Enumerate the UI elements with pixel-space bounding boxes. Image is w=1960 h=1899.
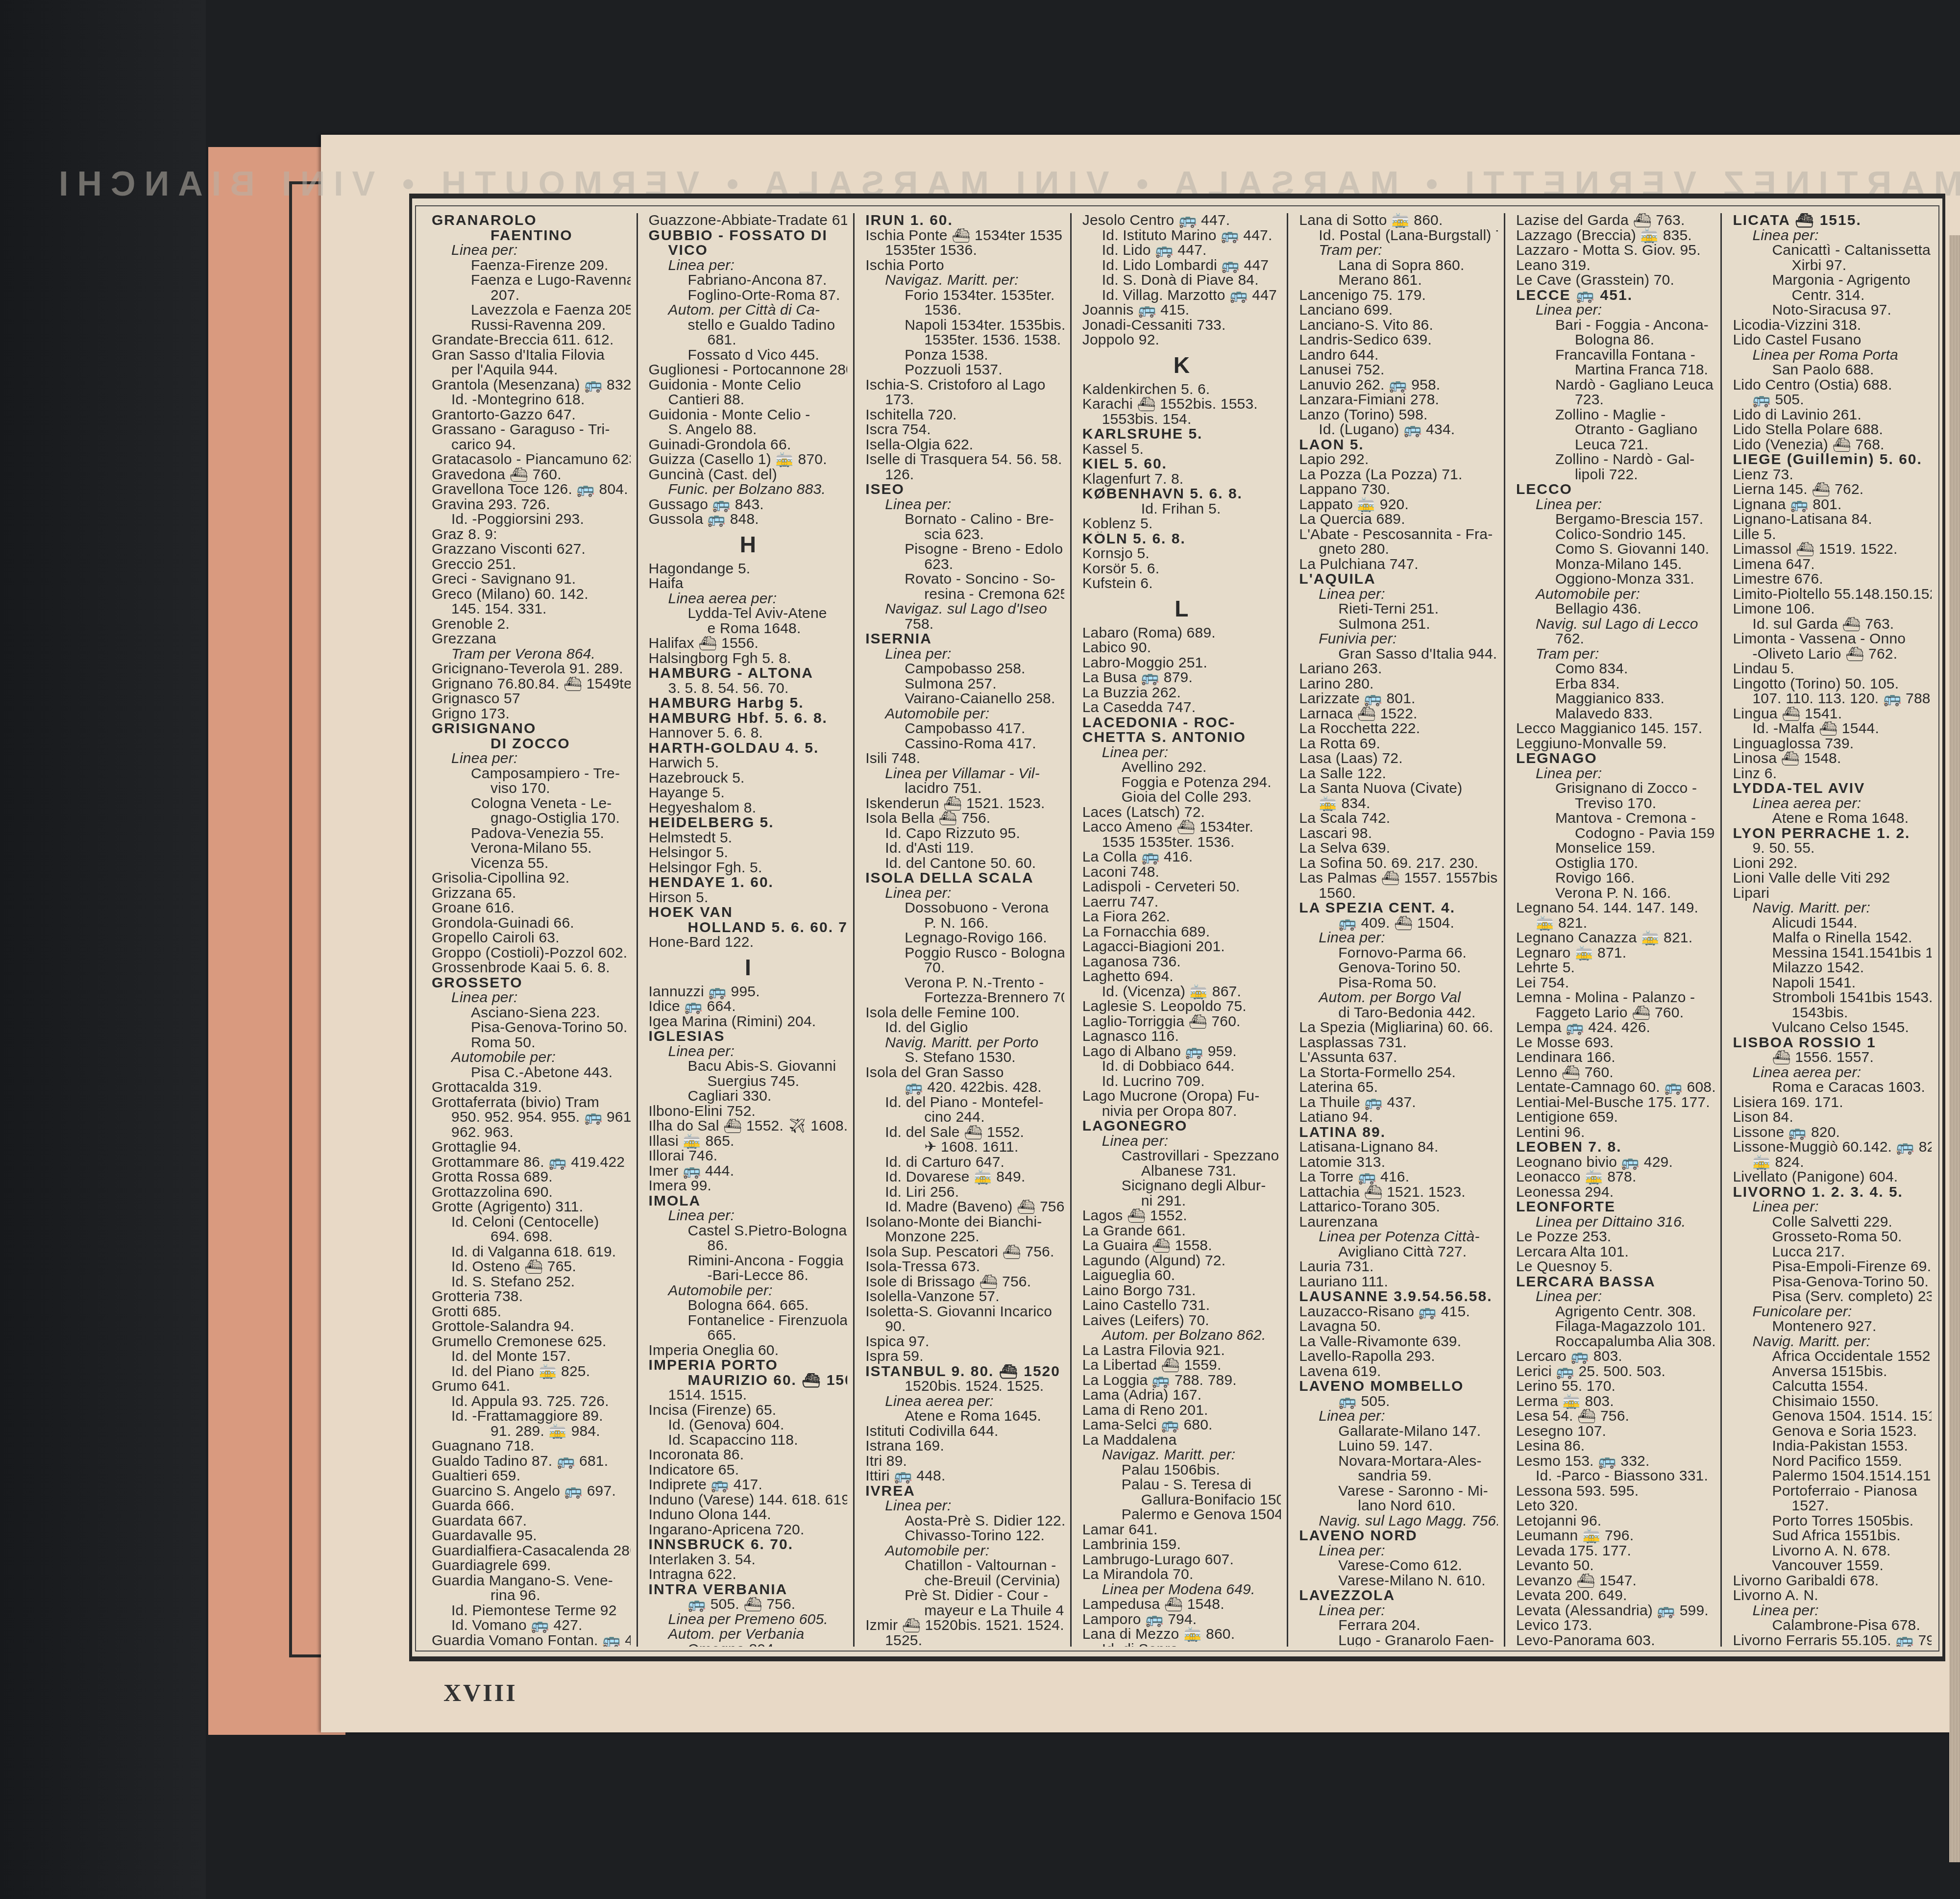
index-entry: Chatillon - Valtournan - <box>865 1558 1064 1574</box>
index-entry: Linea per: <box>865 497 1064 513</box>
index-entry: La Grande 661. <box>1082 1224 1281 1239</box>
index-entry: Las Palmas ⛴ 1557. 1557bis. <box>1299 871 1498 886</box>
index-entry: Id. Madre (Baveno) ⛴ 756 <box>865 1200 1064 1215</box>
index-entry: La Rocchetta 222. <box>1299 721 1498 737</box>
index-entry: Grotti 685. <box>432 1305 631 1320</box>
index-entry: Grandate-Breccia 611. 612. <box>432 333 631 348</box>
index-entry: Lemna - Molina - Palanzo - <box>1516 990 1715 1006</box>
index-entry: Mantova - Cremona - <box>1516 811 1715 826</box>
index-entry: 107. 110. 113. 120. 🚌 788. <box>1733 691 1932 707</box>
index-entry: Lendinara 166. <box>1516 1050 1715 1065</box>
index-entry: Id. del Sale ⛴ 1552. <box>865 1125 1064 1140</box>
index-entry: Guizza (Casello 1) 🚋 870. <box>649 452 848 468</box>
index-entry: Linea aerea per: <box>1733 796 1932 812</box>
index-entry: Laigueglia 60. <box>1082 1268 1281 1283</box>
index-heading: FAENTINO <box>432 228 631 244</box>
index-entry: Bologna 664. 665. <box>649 1298 848 1313</box>
index-entry: Indicatore 65. <box>649 1463 848 1478</box>
index-entry: gneto 280. <box>1299 542 1498 557</box>
index-entry: Id. Villag. Marzotto 🚌 447 <box>1082 288 1281 303</box>
index-entry: Guncinà (Cast. del) <box>649 468 848 483</box>
index-entry: Korsör 5. 6. <box>1082 562 1281 577</box>
page-stack-edges <box>1949 235 1960 1862</box>
index-entry: Colle Salvetti 229. <box>1733 1215 1932 1230</box>
index-entry: Nardò - Gagliano Leuca <box>1516 378 1715 393</box>
index-entry: P. N. 166. <box>865 916 1064 931</box>
index-heading: LYDDA-TEL AVIV <box>1733 781 1932 796</box>
index-entry: Gussago 🚌 843. <box>649 497 848 513</box>
index-heading: LICATA ⛴ 1515. <box>1733 213 1932 228</box>
index-entry: Iscra 754. <box>865 422 1064 438</box>
index-entry: Groane 616. <box>432 901 631 916</box>
index-entry: 758. <box>865 617 1064 632</box>
index-entry: Russi-Ravenna 209. <box>432 318 631 333</box>
index-entry: Id. -Parco - Biassono 331. <box>1516 1469 1715 1484</box>
index-entry: Monzone 225. <box>865 1230 1064 1245</box>
index-heading: GRANAROLO <box>432 213 631 228</box>
index-heading: KÖLN 5. 6. 8. <box>1082 532 1281 547</box>
index-entry: Indiprete 🚌 417. <box>649 1478 848 1493</box>
index-entry: Navig. sul Lago Magg. 756. <box>1299 1514 1498 1529</box>
index-entry: La Sofina 50. 69. 217. 230. <box>1299 856 1498 871</box>
index-entry: 145. 154. 331. <box>432 602 631 617</box>
index-entry: 86. <box>649 1238 848 1254</box>
index-entry: Leano 319. <box>1516 258 1715 273</box>
index-entry: Bornato - Calino - Bre- <box>865 512 1064 527</box>
index-entry: Id. Postal (Lana-Burgstall) 72 <box>1299 228 1498 244</box>
index-entry: Gioia del Colle 293. <box>1082 790 1281 805</box>
index-entry: Ispra 59. <box>865 1349 1064 1364</box>
index-entry: Rovigo 166. <box>1516 871 1715 886</box>
index-entry: Id. Lido 🚌 447. <box>1082 243 1281 258</box>
index-entry: Lioni 292. <box>1733 856 1932 871</box>
index-entry: lipoli 722. <box>1516 468 1715 483</box>
index-entry: Linea per: <box>1516 1289 1715 1305</box>
index-entry: Isola del Gran Sasso <box>865 1065 1064 1081</box>
index-entry: Guardia Mangano-S. Vene- <box>432 1574 631 1589</box>
index-entry: Linea per: <box>1516 303 1715 318</box>
index-entry: Id. Istituto Marino 🚌 447. <box>1082 228 1281 244</box>
index-entry: Labro-Moggio 251. <box>1082 656 1281 671</box>
index-entry: Lugo - Granarolo Faen- <box>1299 1633 1498 1647</box>
index-entry: Linea aerea per: <box>1733 1065 1932 1081</box>
index-columns: GRANAROLOFAENTINOLinea per:Faenza-Firenz… <box>421 213 1937 1647</box>
index-entry: India-Pakistan 1553. <box>1733 1439 1932 1454</box>
index-entry: Lago di Albano 🚌 959. <box>1082 1044 1281 1060</box>
index-entry: Incisa (Firenze) 65. <box>649 1403 848 1418</box>
index-entry: Lanusei 752. <box>1299 363 1498 378</box>
index-entry: Lappano 730. <box>1299 482 1498 497</box>
index-entry: Legnano Canazza 🚋 821. <box>1516 931 1715 946</box>
index-entry: Kassel 5. <box>1082 442 1281 457</box>
index-entry: Itri 89. <box>865 1454 1064 1469</box>
index-entry: Gualdo Tadino 87. 🚌 681. <box>432 1454 631 1469</box>
index-entry: Grumello Cremonese 625. <box>432 1334 631 1350</box>
index-entry: Bergamo-Brescia 157. <box>1516 512 1715 527</box>
index-entry: Grossenbrode Kaai 5. 6. 8. <box>432 961 631 976</box>
index-entry: 1535ter 1536. <box>865 243 1064 258</box>
index-heading: ISTANBUL 9. 80. ⛴ 1520 <box>865 1364 1064 1380</box>
index-entry: Id. Liri 256. <box>865 1185 1064 1200</box>
index-entry: Greco (Milano) 60. 142. <box>432 587 631 602</box>
index-entry: Guidonia - Monte Celio - <box>649 408 848 423</box>
index-entry: Id. d'Asti 119. <box>865 841 1064 856</box>
index-entry: Linguaglossa 739. <box>1733 737 1932 752</box>
index-entry: Rovato - Soncino - So- <box>865 572 1064 587</box>
index-entry: Lariano 263. <box>1299 662 1498 677</box>
index-entry: Atene e Roma 1645. <box>865 1409 1064 1424</box>
index-heading: IRUN 1. 60. <box>865 213 1064 228</box>
index-entry: Lercara Alta 101. <box>1516 1245 1715 1260</box>
index-entry: Id. sul Garda ⛴ 763. <box>1733 617 1932 632</box>
index-entry: Lentiai-Mel-Busche 175. 177. <box>1516 1095 1715 1110</box>
index-entry: Legnano 54. 144. 147. 149. <box>1516 901 1715 916</box>
index-entry: gnago-Ostiglia 170. <box>432 811 631 826</box>
index-entry: Roccapalumba Alia 308. <box>1516 1334 1715 1350</box>
index-entry: Lancenigo 75. 179. <box>1299 288 1498 303</box>
index-entry: Gallura-Bonifacio 1506 <box>1082 1493 1281 1508</box>
index-entry: Lesina 86. <box>1516 1439 1715 1454</box>
index-entry: Pisa-Roma 50. <box>1299 976 1498 991</box>
index-entry: Lido Centro (Ostia) 688. <box>1733 378 1932 393</box>
index-entry: Ischia Porto <box>865 258 1064 273</box>
index-column-4: Jesolo Centro 🚌 447.Id. Istituto Marino … <box>1072 213 1289 1647</box>
index-entry: Ferrara 204. <box>1299 1618 1498 1633</box>
index-entry: Agrigento Centr. 308. <box>1516 1305 1715 1320</box>
index-entry: Stromboli 1541bis 1543. <box>1733 990 1932 1006</box>
index-entry: Guarcino S. Angelo 🚌 697. <box>432 1484 631 1499</box>
index-entry: 91. 289. 🚋 984. <box>432 1424 631 1439</box>
index-entry: Roma e Caracas 1603. <box>1733 1080 1932 1095</box>
index-entry: La Thuile 🚌 437. <box>1299 1095 1498 1110</box>
index-entry: Lierna 145. ⛴ 762. <box>1733 482 1932 497</box>
index-entry: Malavedo 833. <box>1516 707 1715 722</box>
index-entry: Lido di Lavinio 261. <box>1733 408 1932 423</box>
index-entry: Pisa-Empoli-Firenze 69. <box>1733 1259 1932 1275</box>
index-entry: Isoletta-S. Giovanni Incarico <box>865 1305 1064 1320</box>
index-entry: Gussola 🚌 848. <box>649 512 848 527</box>
index-entry: rina 96. <box>432 1588 631 1603</box>
index-entry: Joppolo 92. <box>1082 333 1281 348</box>
index-heading: GUBBIO - FOSSATO DI <box>649 228 848 244</box>
index-entry: Lauzacco-Risano 🚌 415. <box>1299 1305 1498 1320</box>
index-entry: Lana di Sopra 860. <box>1299 258 1498 273</box>
index-entry: Lessona 593. 595. <box>1516 1484 1715 1499</box>
index-entry: Alicudi 1544. <box>1733 916 1932 931</box>
index-entry: Guagnano 718. <box>432 1439 631 1454</box>
index-heading: KIEL 5. 60. <box>1082 457 1281 472</box>
index-entry: Id. del Piano 🚋 825. <box>432 1364 631 1380</box>
index-entry: Id. Piemontese Terme 92 <box>432 1603 631 1619</box>
index-entry: Lascari 98. <box>1299 826 1498 841</box>
index-heading: ISOLA DELLA SCALA <box>865 871 1064 886</box>
index-entry: Laconi 748. <box>1082 865 1281 880</box>
index-entry: Treviso 170. <box>1516 796 1715 812</box>
index-entry: Gran Sasso d'Italia Filovia <box>432 348 631 363</box>
index-entry: Suergius 745. <box>649 1074 848 1089</box>
index-entry: Grizzana 65. <box>432 886 631 901</box>
index-entry: Grantola (Mesenzana) 🚌 832. <box>432 378 631 393</box>
index-entry: Como S. Giovanni 140. <box>1516 542 1715 557</box>
index-entry: Halifax ⛴ 1556. <box>649 636 848 651</box>
index-entry: Guardata 667. <box>432 1514 631 1529</box>
index-entry: Kaldenkirchen 5. 6. <box>1082 382 1281 397</box>
index-entry: Legnago-Rovigo 166. <box>865 931 1064 946</box>
index-entry: Illasi 🚋 865. <box>649 1134 848 1149</box>
index-heading: LAUSANNE 3.9.54.56.58. <box>1299 1289 1498 1305</box>
index-entry: Poggio Rusco - Bologna <box>865 946 1064 961</box>
index-entry: Palermo e Genova 1504 <box>1082 1507 1281 1523</box>
index-entry: Lauriano 111. <box>1299 1275 1498 1290</box>
index-entry: Landris-Sedico 639. <box>1299 333 1498 348</box>
index-entry: Foggia e Potenza 294. <box>1082 775 1281 790</box>
index-entry: Id. del Monte 157. <box>432 1349 631 1364</box>
index-entry: Isolella-Vanzone 57. <box>865 1289 1064 1305</box>
index-entry: Faenza e Lugo-Ravenna <box>432 273 631 288</box>
index-entry: Lindau 5. <box>1733 662 1932 677</box>
index-entry: Navig. sul Lago di Lecco <box>1516 617 1715 632</box>
index-entry: Greccio 251. <box>432 557 631 572</box>
index-entry: Id. Celoni (Centocelle) <box>432 1215 631 1230</box>
index-entry: Labaro (Roma) 689. <box>1082 626 1281 641</box>
index-entry: Levanto 50. <box>1516 1558 1715 1574</box>
index-entry: Linea per Villamar - Vil- <box>865 766 1064 782</box>
index-entry: Linea per: <box>649 258 848 273</box>
index-entry: Id. di Valganna 618. 619. <box>432 1245 631 1260</box>
index-entry: Linea per Premeno 605. <box>649 1612 848 1628</box>
index-entry: lacidro 751. <box>865 781 1064 796</box>
index-entry: Lasa (Laas) 72. <box>1299 751 1498 766</box>
index-entry: Ischia Ponte ⛴ 1534ter 1535 <box>865 228 1064 244</box>
index-entry: La Busa 🚌 879. <box>1082 670 1281 686</box>
index-heading: L'AQUILA <box>1299 572 1498 587</box>
index-entry: Ilha do Sal ⛴ 1552. ✈ 1608.1611 <box>649 1119 848 1134</box>
index-entry: Cologna Veneta - Le- <box>432 796 631 812</box>
index-entry: 762. <box>1516 632 1715 647</box>
index-entry: Igea Marina (Rimini) 204. <box>649 1014 848 1030</box>
section-letter: H <box>649 527 848 562</box>
index-entry: Verona P. N. 166. <box>1516 886 1715 901</box>
index-entry: Rieti-Terni 251. <box>1299 602 1498 617</box>
index-entry: lano Nord 610. <box>1299 1499 1498 1514</box>
index-entry: Ischia-S. Cristoforo al Lago <box>865 378 1064 393</box>
index-entry: Levo-Panorama 603. <box>1516 1633 1715 1647</box>
index-heading: LA SPEZIA CENT. 4. <box>1299 901 1498 916</box>
index-entry: Kufstein 6. <box>1082 576 1281 592</box>
index-entry: Linea per: <box>1733 1603 1932 1619</box>
index-entry: Centr. 314. <box>1733 288 1932 303</box>
index-entry: La Valle-Rivamonte 639. <box>1299 1334 1498 1350</box>
index-entry: 1543bis. <box>1733 1006 1932 1021</box>
index-heading: LATINA 89. <box>1299 1125 1498 1140</box>
index-entry: Messina 1541.1541bis 1544 <box>1733 946 1932 961</box>
index-heading: HAMBURG Harbg 5. <box>649 696 848 711</box>
index-entry: Anversa 1515bis. <box>1733 1364 1932 1380</box>
index-entry: mayeur e La Thuile 437 <box>865 1603 1064 1619</box>
index-entry: Cassino-Roma 417. <box>865 737 1064 752</box>
index-entry: Lille 5. <box>1733 527 1932 543</box>
index-column-5: Lana di Sotto 🚋 860.Id. Postal (Lana-Bur… <box>1288 213 1505 1647</box>
index-entry: Laganosa 736. <box>1082 955 1281 970</box>
index-entry: Leognano bivio 🚌 429. <box>1516 1155 1715 1170</box>
index-entry: La Maddalena <box>1082 1433 1281 1448</box>
index-entry: Linea per: <box>865 647 1064 662</box>
index-heading: LEOBEN 7. 8. <box>1516 1140 1715 1155</box>
index-entry: Navigaz. Maritt. per: <box>865 273 1064 288</box>
index-entry: Levada 175. 177. <box>1516 1544 1715 1559</box>
index-entry: L'Abate - Pescosannita - Fra- <box>1299 527 1498 543</box>
index-entry: Maggianico 833. <box>1516 691 1715 707</box>
index-entry: 207. <box>432 288 631 303</box>
index-entry: 1535 1535ter. 1536. <box>1082 835 1281 850</box>
index-entry: Limone 106. <box>1733 602 1932 617</box>
index-entry: Istituti Codivilla 644. <box>865 1424 1064 1439</box>
index-entry: 🚌 409. ⛴ 1504. <box>1299 916 1498 931</box>
index-entry: Harwich 5. <box>649 756 848 771</box>
index-entry: Lazzaro - Motta S. Giov. 95. <box>1516 243 1715 258</box>
index-entry: Lagacci-Biagioni 201. <box>1082 939 1281 955</box>
index-entry: Id. (Lugano) 🚌 434. <box>1299 422 1498 438</box>
index-entry: che-Breuil (Cervinia) 439 <box>865 1574 1064 1589</box>
index-entry: Leuca 721. <box>1516 438 1715 453</box>
index-heading: VICO <box>649 243 848 258</box>
index-heading: LERCARA BASSA <box>1516 1275 1715 1290</box>
index-entry: Linosa ⛴ 1548. <box>1733 751 1932 766</box>
index-entry: Filaga-Magazzolo 101. <box>1516 1319 1715 1334</box>
index-entry: Codogno - Pavia 159. <box>1516 826 1715 841</box>
index-entry: Id. di Dobbiaco 644. <box>1082 1059 1281 1074</box>
index-entry: Lercaro 🚌 803. <box>1516 1349 1715 1364</box>
index-entry: Leonacco 🚋 878. <box>1516 1170 1715 1185</box>
index-entry: Tram per Verona 864. <box>432 647 631 662</box>
index-entry: Lipari <box>1733 886 1932 901</box>
index-entry: Gropello Cairoli 63. <box>432 931 631 946</box>
index-entry: 1560. <box>1299 886 1498 901</box>
index-entry: Lison 84. <box>1733 1110 1932 1125</box>
index-entry: 1535ter. 1536. 1538. <box>865 333 1064 348</box>
index-entry: Asciano-Siena 223. <box>432 1006 631 1021</box>
index-entry: Linea per: <box>1299 931 1498 946</box>
index-entry: Grazzano Visconti 627. <box>432 542 631 557</box>
index-entry: di Taro-Bedonia 442. <box>1299 1006 1498 1021</box>
index-entry: Linea per Dittaino 316. <box>1516 1215 1715 1230</box>
index-entry: Linea per: <box>649 1208 848 1224</box>
index-entry: Lagundo (Algund) 72. <box>1082 1254 1281 1269</box>
index-entry: Lago Mucrone (Oropa) Fu- <box>1082 1089 1281 1104</box>
index-entry: Limestre 676. <box>1733 572 1932 587</box>
index-entry: Chisimaio 1550. <box>1733 1394 1932 1409</box>
index-entry: Grignano 76.80.84. ⛴ 1549ter <box>432 677 631 692</box>
index-entry: Calcutta 1554. <box>1733 1379 1932 1394</box>
index-entry: Grotteria 738. <box>432 1289 631 1305</box>
index-entry: Funicolare per: <box>1733 1305 1932 1320</box>
index-entry: 1536. <box>865 303 1064 318</box>
index-entry: Monselice 159. <box>1516 841 1715 856</box>
index-entry: La Storta-Formello 254. <box>1299 1065 1498 1081</box>
index-entry: Leonessa 294. <box>1516 1185 1715 1200</box>
index-entry: Induno (Varese) 144. 618. 619. <box>649 1493 848 1508</box>
index-entry: Larnaca ⛴ 1522. <box>1299 707 1498 722</box>
index-entry: Isola Bella ⛴ 756. <box>865 811 1064 826</box>
index-entry: Laglesie S. Leopoldo 75. <box>1082 999 1281 1014</box>
index-entry: Ostiglia 170. <box>1516 856 1715 871</box>
index-entry: Novara-Mortara-Ales- <box>1299 1454 1498 1469</box>
index-entry: Kornsjo 5. <box>1082 546 1281 562</box>
index-entry: Le Quesnoy 5. <box>1516 1259 1715 1275</box>
index-entry: Lama (Adria) 167. <box>1082 1388 1281 1403</box>
index-entry: Linea per: <box>1082 1134 1281 1149</box>
index-entry: Canicattì - Caltanissetta <box>1733 243 1932 258</box>
index-entry: Ischitella 720. <box>865 408 1064 423</box>
index-entry: carico 94. <box>432 438 631 453</box>
index-entry: Grottaglie 94. <box>432 1140 631 1155</box>
index-entry: Gravina 293. 726. <box>432 497 631 513</box>
index-entry: 70. <box>865 961 1064 976</box>
index-entry: nivia per Oropa 807. <box>1082 1104 1281 1119</box>
index-entry: Prè St. Didier - Cour - <box>865 1588 1064 1603</box>
index-heading: LAVEZZOLA <box>1299 1588 1498 1603</box>
index-entry: Camposampiero - Tre- <box>432 766 631 782</box>
index-entry: Lapio 292. <box>1299 452 1498 468</box>
index-heading: IGLESIAS <box>649 1029 848 1044</box>
index-entry: Grignasco 57 <box>432 691 631 707</box>
index-entry: Lauria 731. <box>1299 1259 1498 1275</box>
index-entry: Navig. Maritt. per: <box>1733 1334 1932 1350</box>
index-entry: Grigno 173. <box>432 707 631 722</box>
index-entry: Como 834. <box>1516 662 1715 677</box>
index-entry: Cagliari 330. <box>649 1089 848 1104</box>
index-entry: Verona-Milano 55. <box>432 841 631 856</box>
index-heading: ISERNIA <box>865 632 1064 647</box>
index-column-3: IRUN 1. 60.Ischia Ponte ⛴ 1534ter 153515… <box>855 213 1072 1647</box>
index-entry: Lempa 🚌 424. 426. <box>1516 1020 1715 1036</box>
index-entry: Linea per: <box>432 243 631 258</box>
index-entry: Gricignano-Teverola 91. 289. <box>432 662 631 677</box>
index-entry: Limonta - Vassena - Onno <box>1733 632 1932 647</box>
index-entry: Lignana 🚌 801. <box>1733 497 1932 513</box>
index-entry: 9. 50. 55. <box>1733 841 1932 856</box>
index-entry: Xirbi 97. <box>1733 258 1932 273</box>
index-entry: Ispica 97. <box>865 1334 1064 1350</box>
index-entry: Lanciano-S. Vito 86. <box>1299 318 1498 333</box>
index-entry: Linea per: <box>1516 497 1715 513</box>
index-entry: Sicignano degli Albur- <box>1082 1179 1281 1194</box>
index-column-1: GRANAROLOFAENTINOLinea per:Faenza-Firenz… <box>421 213 638 1647</box>
index-entry: Fornovo-Parma 66. <box>1299 946 1498 961</box>
index-entry: Grassano - Garaguso - Tri- <box>432 422 631 438</box>
index-entry: Atene e Roma 1648. <box>1733 811 1932 826</box>
index-entry: San Paolo 688. <box>1733 363 1932 378</box>
index-entry: Avellino 292. <box>1082 760 1281 775</box>
index-entry: Fabriano-Ancona 87. <box>649 273 848 288</box>
index-entry: Ilbono-Elini 752. <box>649 1104 848 1119</box>
index-entry: La Santa Nuova (Civate) <box>1299 781 1498 796</box>
index-heading: HOLLAND 5. 6. 60. 70. <box>649 920 848 936</box>
index-heading: LAGONEGRO <box>1082 1119 1281 1134</box>
index-entry: Guinadi-Grondola 66. <box>649 438 848 453</box>
index-entry: Isola delle Femine 100. <box>865 1006 1064 1021</box>
index-entry: Varese - Saronno - Mi- <box>1299 1484 1498 1499</box>
index-entry: Margonia - Agrigento <box>1733 273 1932 288</box>
index-heading: IVREA <box>865 1484 1064 1499</box>
index-entry: Livellato (Panigone) 604. <box>1733 1170 1932 1185</box>
index-heading: ISEO <box>865 482 1064 497</box>
index-heading: HEIDELBERG 5. <box>649 815 848 831</box>
index-entry: Lioni Valle delle Viti 292 <box>1733 871 1932 886</box>
index-entry: Navigaz. Maritt. per: <box>1082 1448 1281 1463</box>
index-entry: Lambrinia 159. <box>1082 1537 1281 1553</box>
index-entry: Automobile per: <box>865 707 1064 722</box>
